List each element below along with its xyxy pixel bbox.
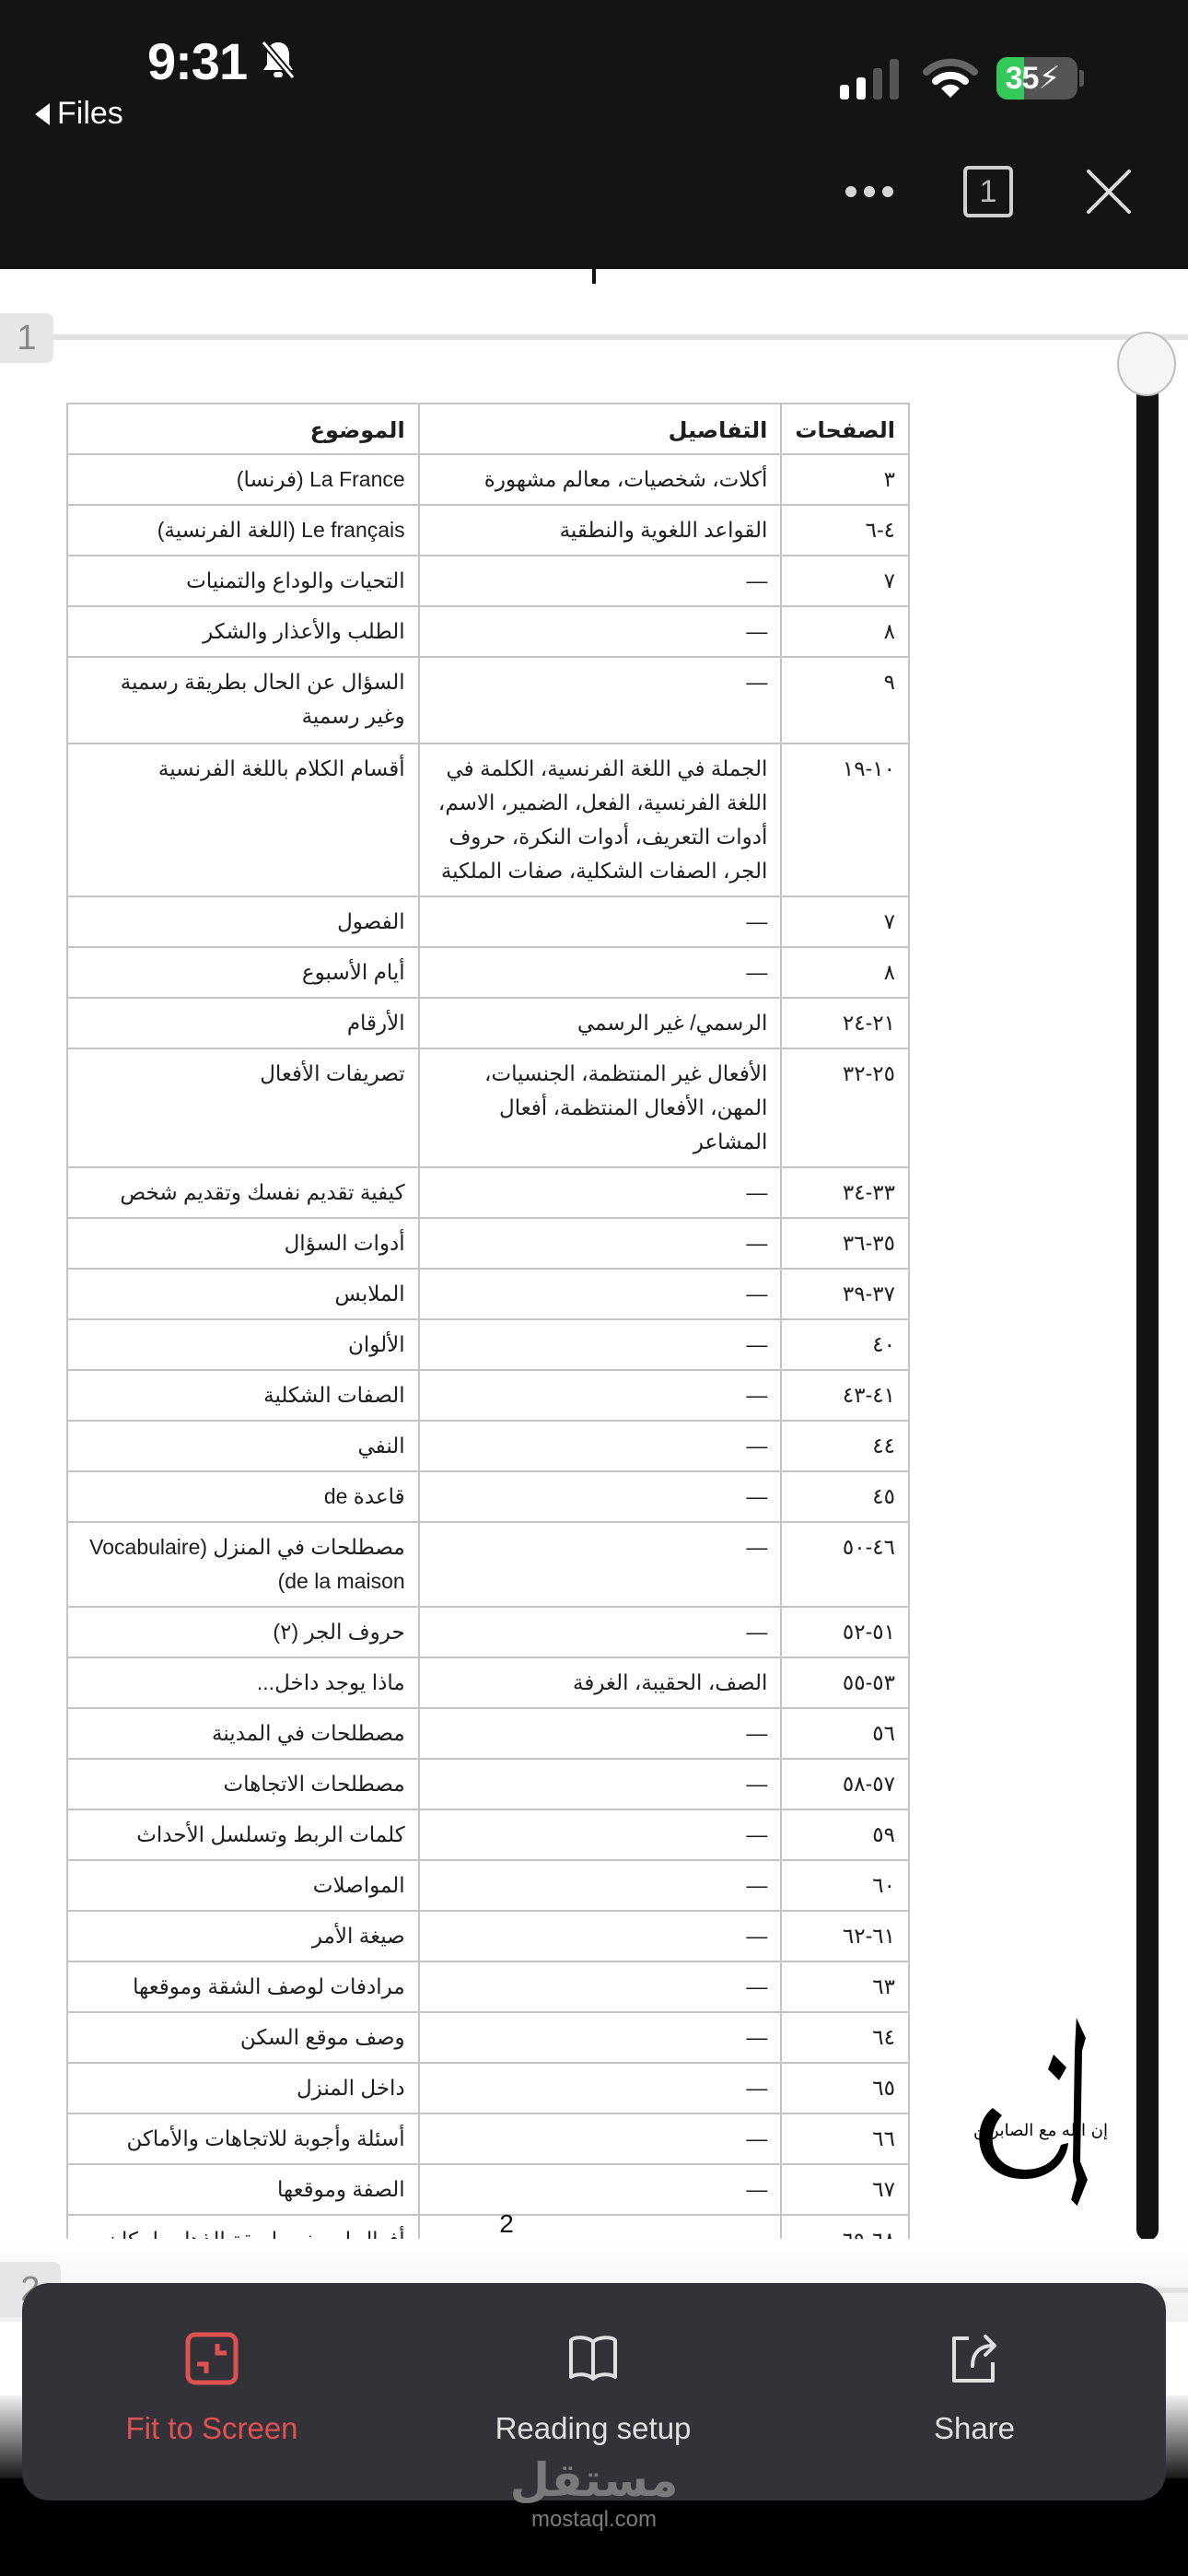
dot-icon [864,186,875,197]
cell-topic: السؤال عن الحال بطريقة رسمية وغير رسمية [67,657,419,744]
cell-topic: الفصول [67,896,419,947]
cell-topic: وصف موقع السكن [67,2012,419,2063]
cellular-signal-icon [840,59,901,100]
status-time: 9:31 [147,31,247,91]
table-row: ٧—الفصول [67,896,909,947]
table-row: ٩—السؤال عن الحال بطريقة رسمية وغير رسمي… [67,657,909,744]
watermark-url: mostaql.com [497,2506,691,2534]
cell-details: — [419,1421,782,1471]
table-row: ٦٠—المواصلات [67,1860,909,1911]
cell-topic: المواصلات [67,1860,419,1911]
table-header-row: الصفحات التفاصيل الموضوع [67,404,909,454]
cell-pages: ٥١-٥٢ [781,1607,909,1657]
cell-pages: ٣٥-٣٦ [781,1218,909,1269]
share-button[interactable]: Share [836,2331,1112,2460]
cell-pages: ١٠-١٩ [781,744,909,896]
page-separator [53,334,1188,340]
cell-topic: داخل المنزل [67,2063,419,2113]
cell-pages: ٣ [781,454,909,505]
table-row: ٣أكلات، شخصيات، معالم مشهورةLa France (ف… [67,454,909,505]
dot-icon [882,186,893,197]
cell-pages: ٥٧-٥٨ [781,1759,909,1809]
cell-topic: الملابس [67,1269,419,1319]
cell-topic: مصطلحات الاتجاهات [67,1759,419,1809]
cell-pages: ٦١-٦٢ [781,1911,909,1961]
cell-details: — [419,1167,782,1218]
header-pages: الصفحات [781,404,909,454]
table-row: ٤١-٤٣—الصفات الشكلية [67,1370,909,1421]
fit-to-screen-button[interactable]: Fit to Screen [74,2331,350,2460]
table-row: ٥٧-٥٨—مصطلحات الاتجاهات [67,1759,909,1809]
cell-details: القواعد اللغوية والنطقية [419,505,782,556]
wifi-icon [923,57,978,100]
cell-details: — [419,1961,782,2012]
cell-details: — [419,1319,782,1370]
cell-details: — [419,947,782,998]
cell-pages: ٤٠ [781,1319,909,1370]
fit-to-screen-icon [184,2331,239,2386]
cell-pages: ٦٣ [781,1961,909,2012]
cell-topic: قاعدة de [67,1471,419,1522]
table-row: ٤٦-٥٠—مصطلحات في المنزل (Vocabulaire de … [67,1522,909,1607]
table-row: ٤-٦القواعد اللغوية والنطقيةLe français (… [67,505,909,556]
cell-details: — [419,1218,782,1269]
cell-pages: ٢٥-٣٢ [781,1048,909,1167]
cell-pages: ٤٦-٥٠ [781,1522,909,1607]
page-footer-number: 2 [488,2209,525,2239]
reading-setup-button[interactable]: Reading setup [455,2331,731,2460]
cell-details: الجملة في اللغة الفرنسية، الكلمة في اللغ… [419,744,782,896]
cell-topic: La France (فرنسا) [67,454,419,505]
silent-bell-icon [258,39,298,81]
cell-details: — [419,1269,782,1319]
cell-topic: أسئلة وأجوبة للاتجاهات والأماكن [67,2113,419,2164]
table-row: ٤٤—النفي [67,1421,909,1471]
cell-topic: الأرقام [67,998,419,1048]
table-row: ٦١-٦٢—صيغة الأمر [67,1911,909,1961]
cell-details: — [419,1708,782,1759]
cell-pages: ٥٦ [781,1708,909,1759]
cell-topic: الألوان [67,1319,419,1370]
table-row: ٢٥-٣٢الأفعال غير المنتظمة، الجنسيات، الم… [67,1048,909,1167]
table-row: ٤٥—قاعدة de [67,1471,909,1522]
cell-pages: ٤٥ [781,1471,909,1522]
table-row: ٨—أيام الأسبوع [67,947,909,998]
cell-details: — [419,896,782,947]
cell-topic: Le français (اللغة الفرنسية) [67,505,419,556]
contents-table: الصفحات التفاصيل الموضوع ٣أكلات، شخصيات،… [66,403,910,2266]
more-options-button[interactable] [845,181,899,203]
page-selector-button[interactable]: 1 [963,166,1013,217]
cell-details: — [419,1860,782,1911]
table-row: ٣٣-٣٤—كيفية تقديم نفسك وتقديم شخص [67,1167,909,1218]
close-icon[interactable] [1085,168,1133,216]
cell-pages: ٦٧ [781,2164,909,2215]
cell-topic: التحيات والوداع والتمنيات [67,556,419,606]
cell-details: — [419,2063,782,2113]
cell-topic: النفي [67,1421,419,1471]
header-details: التفاصيل [419,404,782,454]
cell-details: — [419,2012,782,2063]
cell-topic: تصريفات الأفعال [67,1048,419,1167]
battery-indicator: 35⚡ [996,57,1077,100]
page-label: 1 [0,313,53,363]
cell-topic: كيفية تقديم نفسك وتقديم شخص [67,1167,419,1218]
table-row: ٥٣-٥٥الصف، الحقيبة، الغرفةماذا يوجد داخل… [67,1657,909,1708]
cell-pages: ٤-٦ [781,505,909,556]
table-row: ٥٦—مصطلحات في المدينة [67,1708,909,1759]
cell-details: — [419,657,782,744]
cell-details: — [419,2164,782,2215]
cell-topic: أقسام الكلام باللغة الفرنسية [67,744,419,896]
svg-text:إن الله مع الصابرين: إن الله مع الصابرين [973,2121,1108,2140]
cell-pages: ٧ [781,556,909,606]
cell-topic: مرادفات لوصف الشقة وموقعها [67,1961,419,2012]
cell-details: — [419,1759,782,1809]
table-row: ٤٠—الألوان [67,1319,909,1370]
table-row: ٥١-٥٢—حروف الجر (٢) [67,1607,909,1657]
watermark: مستقل mostaql.com [497,2454,691,2534]
cell-topic: صيغة الأمر [67,1911,419,1961]
dot-icon [845,186,856,197]
cell-pages: ٥٣-٥٥ [781,1657,909,1708]
cell-details: — [419,1370,782,1421]
cell-pages: ٨ [781,947,909,998]
table-row: ٣٧-٣٩—الملابس [67,1269,909,1319]
cell-pages: ٣٣-٣٤ [781,1167,909,1218]
cell-details: — [419,1522,782,1607]
table-row: ٦٦—أسئلة وأجوبة للاتجاهات والأماكن [67,2113,909,2164]
cell-topic: الصفة وموقعها [67,2164,419,2215]
share-icon [947,2331,1002,2386]
cell-details: الأفعال غير المنتظمة، الجنسيات، المهن، ا… [419,1048,782,1167]
back-arrow-icon [35,103,50,125]
cell-pages: ٦٤ [781,2012,909,2063]
cell-topic: أيام الأسبوع [67,947,419,998]
cell-pages: ٥٩ [781,1809,909,1860]
cell-details: الرسمي/ غير الرسمي [419,998,782,1048]
cell-details: — [419,1471,782,1522]
cell-pages: ٦٥ [781,2063,909,2113]
cell-pages: ٦٠ [781,1860,909,1911]
viewer-top-bar: 9:31 Files 35⚡ 1 [0,0,1188,269]
calligraphy-art-icon: إن الله مع الصابرين [965,1996,1131,2222]
header-topic: الموضوع [67,404,419,454]
battery-level: 35 [1006,61,1039,96]
cell-pages: ٤١-٤٣ [781,1370,909,1421]
cell-topic: الصفات الشكلية [67,1370,419,1421]
cell-pages: ٧ [781,896,909,947]
charging-bolt-icon: ⚡ [1038,61,1059,96]
table-row: ١٠-١٩الجملة في اللغة الفرنسية، الكلمة في… [67,744,909,896]
table-row: ٣٥-٣٦—أدوات السؤال [67,1218,909,1269]
cell-details: — [419,606,782,657]
table-row: ٥٩—كلمات الربط وتسلسل الأحداث [67,1809,909,1860]
table-row: ٦٥—داخل المنزل [67,2063,909,2113]
cell-pages: ٨ [781,606,909,657]
cell-pages: ٢١-٢٤ [781,998,909,1048]
cell-topic: كلمات الربط وتسلسل الأحداث [67,1809,419,1860]
watermark-arabic: مستقل [497,2454,691,2506]
cell-details: أكلات، شخصيات، معالم مشهورة [419,454,782,505]
scrollbar-track[interactable] [1136,341,1159,2241]
previous-content-stub [592,269,596,284]
back-label: Files [57,96,123,132]
cell-pages: ٣٧-٣٩ [781,1269,909,1319]
reading-setup-label: Reading setup [455,2411,731,2446]
cell-details: — [419,1911,782,1961]
fit-to-screen-label: Fit to Screen [74,2411,350,2446]
cell-topic: أدوات السؤال [67,1218,419,1269]
cell-topic: حروف الجر (٢) [67,1607,419,1657]
cell-details: — [419,1607,782,1657]
cell-details: — [419,1809,782,1860]
cell-topic: ماذا يوجد داخل... [67,1657,419,1708]
table-row: ٦٧—الصفة وموقعها [67,2164,909,2215]
cell-details: — [419,556,782,606]
table-row: ٧—التحيات والوداع والتمنيات [67,556,909,606]
cell-pages: ٤٤ [781,1421,909,1471]
table-row: ٦٣—مرادفات لوصف الشقة وموقعها [67,1961,909,2012]
cell-topic: مصطلحات في المدينة [67,1708,419,1759]
table-row: ٦٤—وصف موقع السكن [67,2012,909,2063]
cell-details: — [419,2113,782,2164]
cell-pages: ٩ [781,657,909,744]
table-row: ٢١-٢٤الرسمي/ غير الرسميالأرقام [67,998,909,1048]
share-label: Share [836,2411,1112,2446]
cell-pages: ٦٦ [781,2113,909,2164]
back-to-files-button[interactable]: Files [35,96,123,132]
scrollbar-thumb[interactable] [1117,332,1176,396]
cell-details: الصف، الحقيبة، الغرفة [419,1657,782,1708]
cell-topic: الطلب والأعذار والشكر [67,606,419,657]
cell-topic: مصطلحات في المنزل (Vocabulaire de la mai… [67,1522,419,1607]
book-icon [565,2331,621,2386]
table-row: ٨—الطلب والأعذار والشكر [67,606,909,657]
